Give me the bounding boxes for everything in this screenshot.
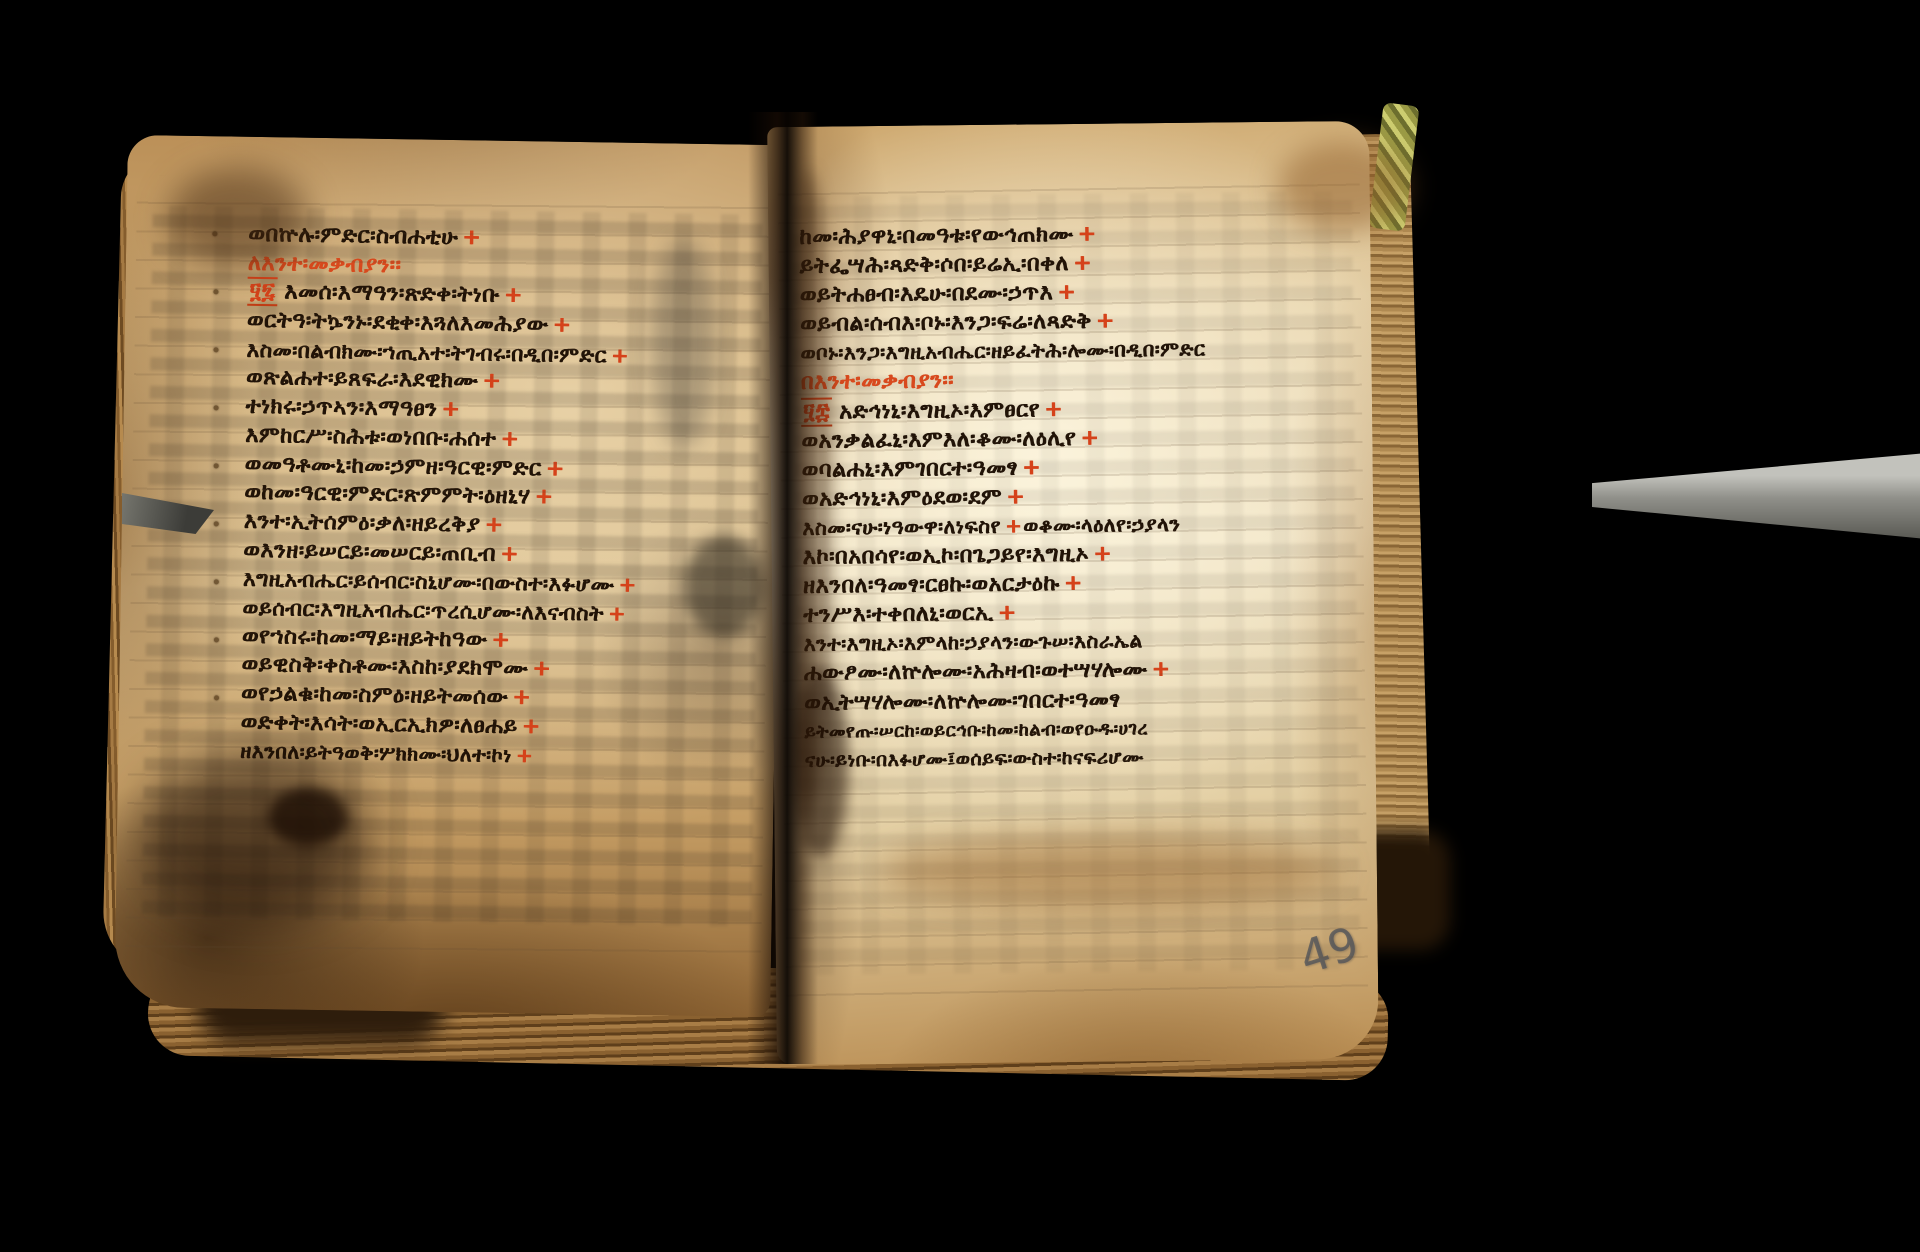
manuscript-text-line: ይትመየጡ፡ሠርከ፡ወይርኅቡ፡ከመ፡ከልብ፡ወየዑዱ፡ሀገረ <box>804 713 1209 746</box>
manuscript-text-line: ወአድኅነኒ፡እምዕደወ፡ደም+ <box>802 480 1207 513</box>
manuscript-text-line: ወጽልሐተ፡ይጸፍራ፡እደዊክሙ+ <box>246 364 641 399</box>
gutter-shadow <box>748 112 818 1064</box>
text-segment: ዘእንበለ፡ዓመፃ፡ርፀኩ፡ወአርታዕኩ <box>803 571 1060 599</box>
manuscript-text-line: ናሁ፡ይነቡ፡በእፉሆሙ፤ወሰይፍ፡ውስተ፡ከናፍሪሆሙ <box>805 742 1210 775</box>
text-segment: ወይዊስቅ፡ቀስቶሙ፡እስከ፡ያደክሞሙ <box>241 652 528 681</box>
text-segment: እስመ፡ናሁ፡ነዓውዋ፡ለነፍስየ <box>802 514 1001 540</box>
manuscript-text-line: ፶፰አድኅነኒ፡እግዚኦ፡እምፀርየ+ <box>801 393 1206 426</box>
pricking-hole <box>214 521 219 526</box>
manuscript-text-line: ተንሥእ፡ተቀበለኒ፡ወርኢ+ <box>803 597 1208 630</box>
verse-divider-mark: + <box>441 397 460 422</box>
verse-divider-mark: + <box>1005 513 1023 537</box>
text-segment: እምከርሥ፡ስሕቱ፡ወነበቡ፡ሐሰተ <box>245 423 496 452</box>
manuscript-text-line: ወይብል፡ሰብእ፡ቦኑ፡እንጋ፡ፍሬ፡ለጻድቅ+ <box>800 306 1205 339</box>
verse-divider-mark: + <box>1080 425 1099 450</box>
right-page-text-column: ከመ፡ሕያዋኒ፡በመዓቱ፡የውኅጠክሙ+ይትፌሣሕ፡ጻድቅ፡ሶበ፡ይሬኢ፡በቀለ… <box>799 219 1210 776</box>
text-segment: ወባልሐኒ፡እምገበርተ፡ዓመፃ <box>802 455 1018 482</box>
psalm-number-numeral: ፶፯ <box>247 277 277 306</box>
manuscript-text-line: ከመ፡ሕያዋኒ፡በመዓቱ፡የውኅጠክሙ+ <box>799 219 1204 252</box>
manuscript-text-line: ወየኃልቁ፡ከመ፡ስምዕ፡ዘይትመሰው+ <box>241 680 636 715</box>
manuscript-text-line: ለእንተ፡መቃብያን፡፡ <box>248 249 643 284</box>
manuscript-text-line: ወይትሐፀብ፡እዴሁ፡በደሙ፡ኃጥእ+ <box>800 277 1205 310</box>
edge-browning <box>880 836 1340 906</box>
text-segment: ተንሥእ፡ተቀበለኒ፡ወርኢ <box>803 601 994 628</box>
text-segment: ይትመየጡ፡ሠርከ፡ወይርኅቡ፡ከመ፡ከልብ፡ወየዑዱ፡ሀገረ <box>804 718 1148 743</box>
manuscript-text-line: ወርትዓ፡ትኴንኑ፡ደቂቀ፡እጓለእመሕያው+ <box>247 307 642 342</box>
manuscript-text-line: ወእንዘ፡ይሠርይ፡መሠርይ፡ጠቢብ+ <box>243 536 638 571</box>
pricking-hole <box>213 347 218 352</box>
text-segment: ወቦኑ፡እንጋ፡እግዚአብሔር፡ዘይፈትሕ፡ሎሙ፡በዲበ፡ምድር <box>800 337 1205 365</box>
verse-divider-mark: + <box>1077 222 1096 247</box>
text-segment: ወከመ፡ዓርዊ፡ምድር፡ጽምምት፡ዕዘኒሃ <box>244 480 530 509</box>
pricking-hole <box>214 463 219 468</box>
pricking-hole <box>214 637 219 642</box>
manuscript-text-line: ወይዊስቅ፡ቀስቶሙ፡እስከ፡ያደክሞሙ+ <box>241 651 636 686</box>
manuscript-text-line: እንተ፡ኢትሰምዕ፡ቃለ፡ዘይረቅያ+ <box>244 508 639 543</box>
manuscript-text-line: ወይሰብር፡እግዚአብሔር፡ጥረሲሆሙ፡ለእናብስት+ <box>242 594 637 629</box>
pencil-folio-number: 49 <box>1294 920 1364 982</box>
text-segment: ወድቀት፡እሳት፡ወኢርኢክዎ፡ለፀሐይ <box>240 709 517 738</box>
manuscript-text-line: ወድቀት፡እሳት፡ወኢርኢክዎ፡ለፀሐይ+ <box>240 708 635 743</box>
text-segment: እንተ፡እግዚኦ፡እምላከ፡ኃያላን፡ውጉሠ፡እስራኤል <box>803 629 1142 657</box>
verse-divider-mark: + <box>1022 455 1041 480</box>
text-segment: ወርትዓ፡ትኴንኑ፡ደቂቀ፡እጓለእመሕያው <box>247 308 549 338</box>
verse-divider-mark: + <box>500 541 519 566</box>
verse-divider-mark: + <box>491 627 510 652</box>
text-segment: እኮ፡በአበሳየ፡ወኢኮ፡በጌጋይየ፡እግዚኦ <box>802 542 1089 570</box>
pricking-hole <box>214 405 219 410</box>
verse-divider-mark: + <box>1044 397 1063 422</box>
text-segment: ወይትሐፀብ፡እዴሁ፡በደሙ፡ኃጥእ <box>800 280 1053 308</box>
manuscript-text-line: ወቦኑ፡እንጋ፡እግዚአብሔር፡ዘይፈትሕ፡ሎሙ፡በዲበ፡ምድር <box>800 335 1205 368</box>
text-segment: ወየኃልቁ፡ከመ፡ስምዕ፡ዘይትመሰው <box>241 681 508 710</box>
verse-divider-mark: + <box>500 427 519 452</box>
text-segment: ሐውፆሙ፡ለኵሎሙ፡አሕዛብ፡ወተሣሃሎሙ <box>804 658 1148 687</box>
verse-divider-mark: + <box>552 313 571 338</box>
verse-divider-mark: + <box>534 485 553 510</box>
manuscript-text-line: እስመ፡ናሁ፡ነዓውዋ፡ለነፍስየ+ወቆሙ፡ላዕለየ፡ኃያላን <box>802 510 1207 543</box>
manuscript-text-line: ወአንቃልፈኒ፡እምእለ፡ቆሙ፡ለዕሊየ+ <box>801 422 1206 455</box>
manuscript-text-line: እስመ፡በልብክሙ፡ኀጢአተ፡ትገብሩ፡በዲበ፡ምድር+ <box>246 336 641 371</box>
corner-discoloration <box>168 168 308 268</box>
verse-divider-mark: + <box>1093 542 1112 567</box>
text-segment: ወቆሙ፡ላዕለየ፡ኃያላን <box>1023 512 1180 538</box>
manuscript-text-line: እንተ፡እግዚኦ፡እምላከ፡ኃያላን፡ውጉሠ፡እስራኤል <box>803 626 1208 659</box>
metal-page-holder-right <box>1592 450 1920 542</box>
text-segment: አድኅነኒ፡እግዚኦ፡እምፀርየ <box>839 397 1040 424</box>
manuscript-text-line: እኮ፡በአበሳየ፡ወኢኮ፡በጌጋይየ፡እግዚኦ+ <box>802 539 1207 572</box>
verse-divider-mark: + <box>521 714 540 739</box>
manuscript-text-line: ወበኵሉ፡ምድር፡ስብሐቲሁ+ <box>248 221 643 256</box>
text-segment: እንተ፡ኢትሰምዕ፡ቃለ፡ዘይረቅያ <box>244 509 481 538</box>
text-segment: ወይሰብር፡እግዚአብሔር፡ጥረሲሆሙ፡ለእናብስት <box>242 596 604 626</box>
text-segment: እግዚአብሔር፡ይሰብር፡ስኒሆሙ፡በውስተ፡እፉሆሙ <box>243 567 615 597</box>
edge-browning <box>1278 142 1408 232</box>
text-segment: ወየኀስሩ፡ከመ፡ማይ፡ዘይትከዓው <box>242 623 488 652</box>
text-segment: ወኢትሣሃሎሙ፡ለኵሎሙ፡ገበርተ፡ዓመፃ <box>804 687 1121 715</box>
verse-divider-mark: + <box>1006 484 1025 509</box>
pricking-hole <box>214 579 219 584</box>
verse-divider-mark: + <box>545 456 564 481</box>
left-page-text-column: ወበኵሉ፡ምድር፡ስብሐቲሁ+ለእንተ፡መቃብያን፡፡፶፯እመሰ፡እማዓን፡ጽድ… <box>240 221 643 772</box>
manuscript-text-line: እግዚአብሔር፡ይሰብር፡ስኒሆሙ፡በውስተ፡እፉሆሙ+ <box>243 565 638 600</box>
manuscript-text-line: ወኢትሣሃሎሙ፡ለኵሎሙ፡ገበርተ፡ዓመፃ <box>804 684 1209 717</box>
manuscript-text-line: ወባልሐኒ፡እምገበርተ፡ዓመፃ+ <box>802 451 1207 484</box>
verse-divider-mark: + <box>503 283 522 308</box>
verse-divider-mark: + <box>618 573 637 597</box>
manuscript-text-line: ተነክሩ፡ኃጥኣን፡እማዓፀን+ <box>245 393 640 428</box>
text-segment: ወጽልሐተ፡ይጸፍራ፡እደዊክሙ <box>246 365 478 394</box>
verse-divider-mark: + <box>515 743 533 767</box>
manuscript-text-line: እምከርሥ፡ስሕቱ፡ወነበቡ፡ሐሰተ+ <box>245 422 640 457</box>
text-segment: ወሰይፍ፡ውስተ፡ከናፍሪሆሙ <box>955 746 1143 770</box>
photo-open-manuscript: ወበኵሉ፡ምድር፡ስብሐቲሁ+ለእንተ፡መቃብያን፡፡፶፯እመሰ፡እማዓን፡ጽድ… <box>0 0 1920 1252</box>
pricking-hole <box>213 289 218 294</box>
verse-divider-mark: + <box>1073 251 1092 276</box>
parchment-shadow <box>140 752 370 922</box>
verse-divider-mark: + <box>462 225 481 250</box>
show-through-streak <box>652 238 716 448</box>
verse-divider-mark: + <box>484 512 503 537</box>
text-segment: ወይብል፡ሰብእ፡ቦኑ፡እንጋ፡ፍሬ፡ለጻድቅ <box>800 309 1092 337</box>
verse-divider-mark: + <box>1095 309 1114 334</box>
manuscript-text-line: በእንተ፡መቃብያን፡፡ <box>801 364 1206 397</box>
verse-divider-mark: + <box>611 343 630 367</box>
text-segment: ተነክሩ፡ኃጥኣን፡እማዓፀን <box>245 394 437 422</box>
manuscript-text-line: ይትፌሣሕ፡ጻድቅ፡ሶበ፡ይሬኢ፡በቀለ+ <box>799 248 1204 281</box>
text-segment: ወመዓቶሙኒ፡ከመ፡ኃምዘ፡ዓርዊ፡ምድር <box>245 451 542 481</box>
verse-divider-mark: + <box>482 369 501 394</box>
verse-divider-mark: + <box>512 685 531 710</box>
text-segment: ይትፌሣሕ፡ጻድቅ፡ሶበ፡ይሬኢ፡በቀለ <box>799 251 1069 279</box>
verse-divider-mark: + <box>608 601 627 625</box>
text-segment: እስመ፡በልብክሙ፡ኀጢአተ፡ትገብሩ፡በዲበ፡ምድር <box>246 338 607 368</box>
manuscript-text-line: ወከመ፡ዓርዊ፡ምድር፡ጽምምት፡ዕዘኒሃ+ <box>244 479 639 514</box>
text-segment: ወአንቃልፈኒ፡እምእለ፡ቆሙ፡ለዕሊየ <box>801 426 1076 454</box>
manuscript-text-line: ወየኀስሩ፡ከመ፡ማይ፡ዘይትከዓው+ <box>242 622 637 657</box>
manuscript-text-line: ፶፯እመሰ፡እማዓን፡ጽድቀ፡ትነቡ+ <box>247 278 642 313</box>
verse-divider-mark: + <box>1057 280 1076 305</box>
text-segment: ከመ፡ሕያዋኒ፡በመዓቱ፡የውኅጠክሙ <box>799 222 1073 250</box>
verse-divider-mark: + <box>997 601 1016 626</box>
manuscript-text-line: ዘእንበለ፡ዓመፃ፡ርፀኩ፡ወአርታዕኩ+ <box>803 568 1208 601</box>
manuscript-page-right: ከመ፡ሕያዋኒ፡በመዓቱ፡የውኅጠክሙ+ይትፌሣሕ፡ጻድቅ፡ሶበ፡ይሬኢ፡በቀለ… <box>767 121 1379 1065</box>
verse-divider-mark: + <box>1063 571 1082 596</box>
verse-divider-mark: + <box>1151 657 1170 682</box>
manuscript-text-line: ወመዓቶሙኒ፡ከመ፡ኃምዘ፡ዓርዊ፡ምድር+ <box>244 450 639 485</box>
manuscript-text-line: ሐውፆሙ፡ለኵሎሙ፡አሕዛብ፡ወተሣሃሎሙ+ <box>804 655 1209 688</box>
text-segment: እመሰ፡እማዓን፡ጽድቀ፡ትነቡ <box>284 280 500 308</box>
verse-divider-mark: + <box>532 657 551 682</box>
pricking-hole <box>214 695 219 700</box>
text-segment: ወእንዘ፡ይሠርይ፡መሠርይ፡ጠቢብ <box>243 537 496 566</box>
